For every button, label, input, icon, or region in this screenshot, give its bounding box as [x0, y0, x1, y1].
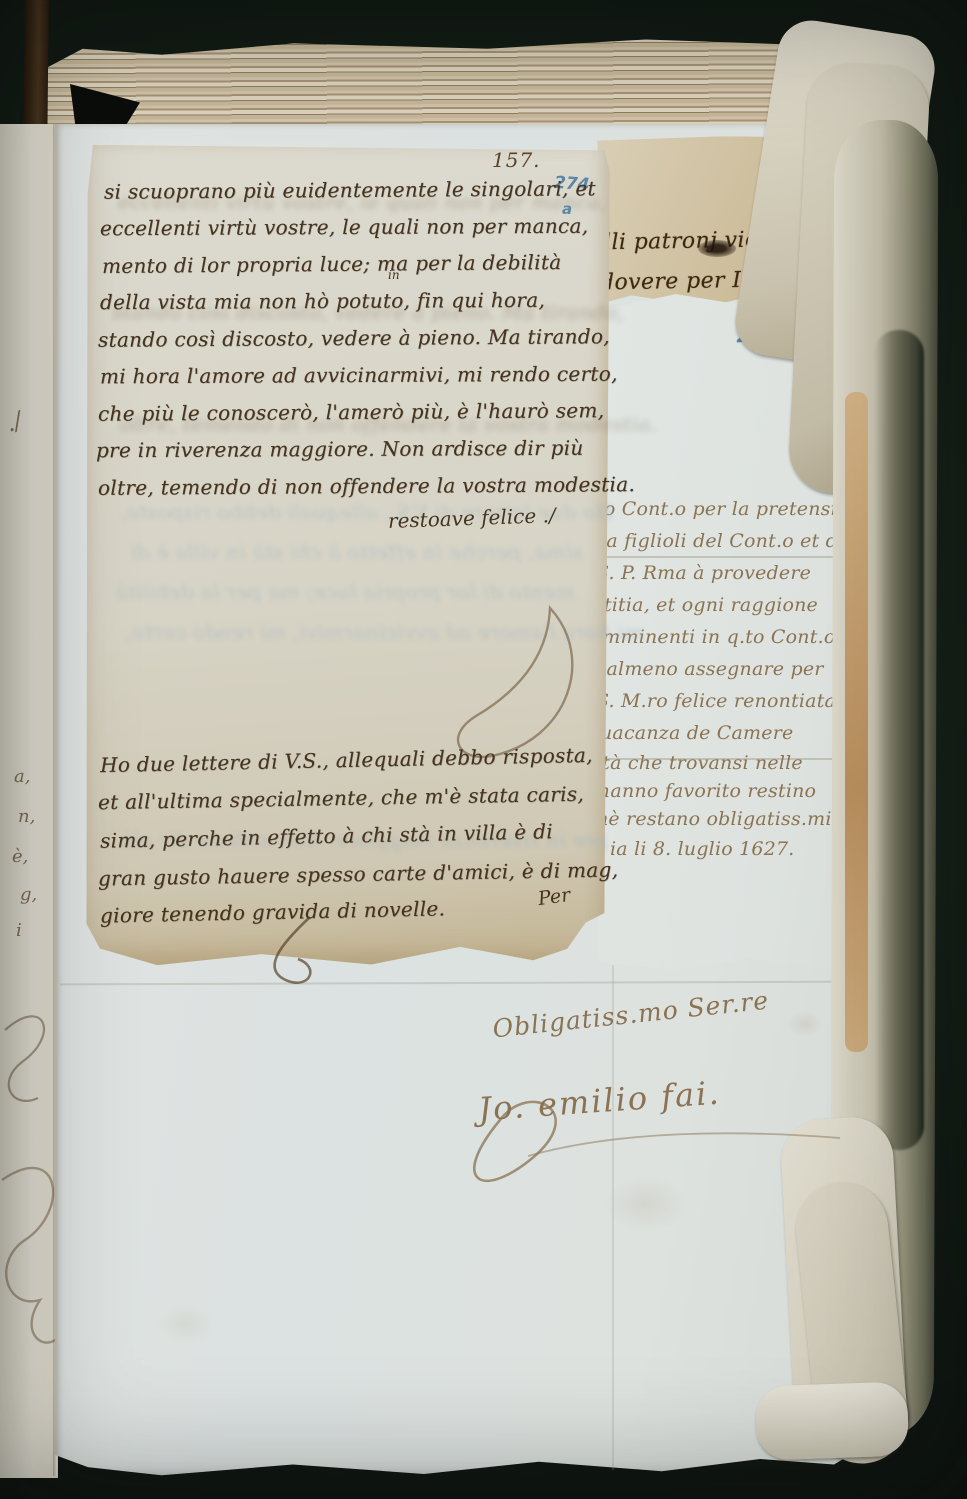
curled-corner: [755, 1381, 909, 1460]
fold-line: [600, 556, 870, 558]
right-letter-line: ità che trovansi nelle: [596, 752, 803, 774]
left-fragment: a,: [14, 766, 30, 787]
letter-line: mi hora l'amore ad avvicinarmivi, mi ren…: [100, 362, 618, 389]
right-letter-line: hanno favorito restino: [598, 780, 816, 802]
left-fragment: g,: [20, 884, 37, 905]
letter-line: mento di lor propria luce; ma per la deb…: [102, 250, 562, 278]
right-letter-line: i almeno assegnare per: [594, 658, 824, 680]
right-letter-line: uacanza de Camere: [600, 722, 793, 744]
page-crease: [612, 965, 614, 1470]
right-letter-line: S. M.ro felice renontiata: [596, 690, 836, 712]
letter-line: si scuoprano più euidentemente le singol…: [104, 176, 596, 203]
browned-page-edge: [845, 392, 868, 1052]
right-letter-line: nè restano obligatiss.mi: [596, 808, 832, 830]
manuscript-photo: ./ a, n, è, g, i lli patronj vien fatto …: [0, 0, 967, 1499]
right-letter-line: stitia, et ogni raggione: [594, 594, 818, 616]
left-fragment: i: [16, 920, 22, 941]
right-letter-dateline: ia li 8. luglio 1627.: [610, 838, 795, 860]
left-fragment: n,: [18, 806, 35, 827]
letter-line: oltre, temendo di non offendere la vostr…: [98, 472, 635, 500]
folio-number-ink: 157.: [492, 148, 541, 172]
right-letter-line: da figlioli del Cont.o et di: [594, 530, 844, 552]
letter-line: eccellenti virtù vostre, le quali non pe…: [100, 214, 588, 241]
letter-line: stando così discosto, vedere à pieno. Ma…: [98, 324, 610, 352]
left-fragment: è,: [12, 846, 28, 867]
right-letter-line: to Cont.o per la pretensione: [596, 498, 872, 520]
signature-flourish: [440, 1060, 860, 1200]
fore-edge-shadow: [874, 330, 924, 1150]
letter-line: pre in riverenza maggiore. Non ardisce d…: [96, 436, 584, 463]
letter-line: che più le conoscerò, l'amerò più, è l'h…: [98, 398, 604, 426]
catchword: Per: [537, 884, 572, 910]
letter-line: della vista mia non hò potuto, fin qui h…: [100, 288, 545, 314]
descender-flourish: [240, 915, 350, 995]
right-letter-line: S. P. Rma à provedere: [596, 562, 811, 584]
ink-blot: [698, 240, 736, 257]
interline-insert: in: [388, 268, 400, 282]
show-through: sima, perche in effetto à chi stà in vil…: [130, 540, 583, 564]
